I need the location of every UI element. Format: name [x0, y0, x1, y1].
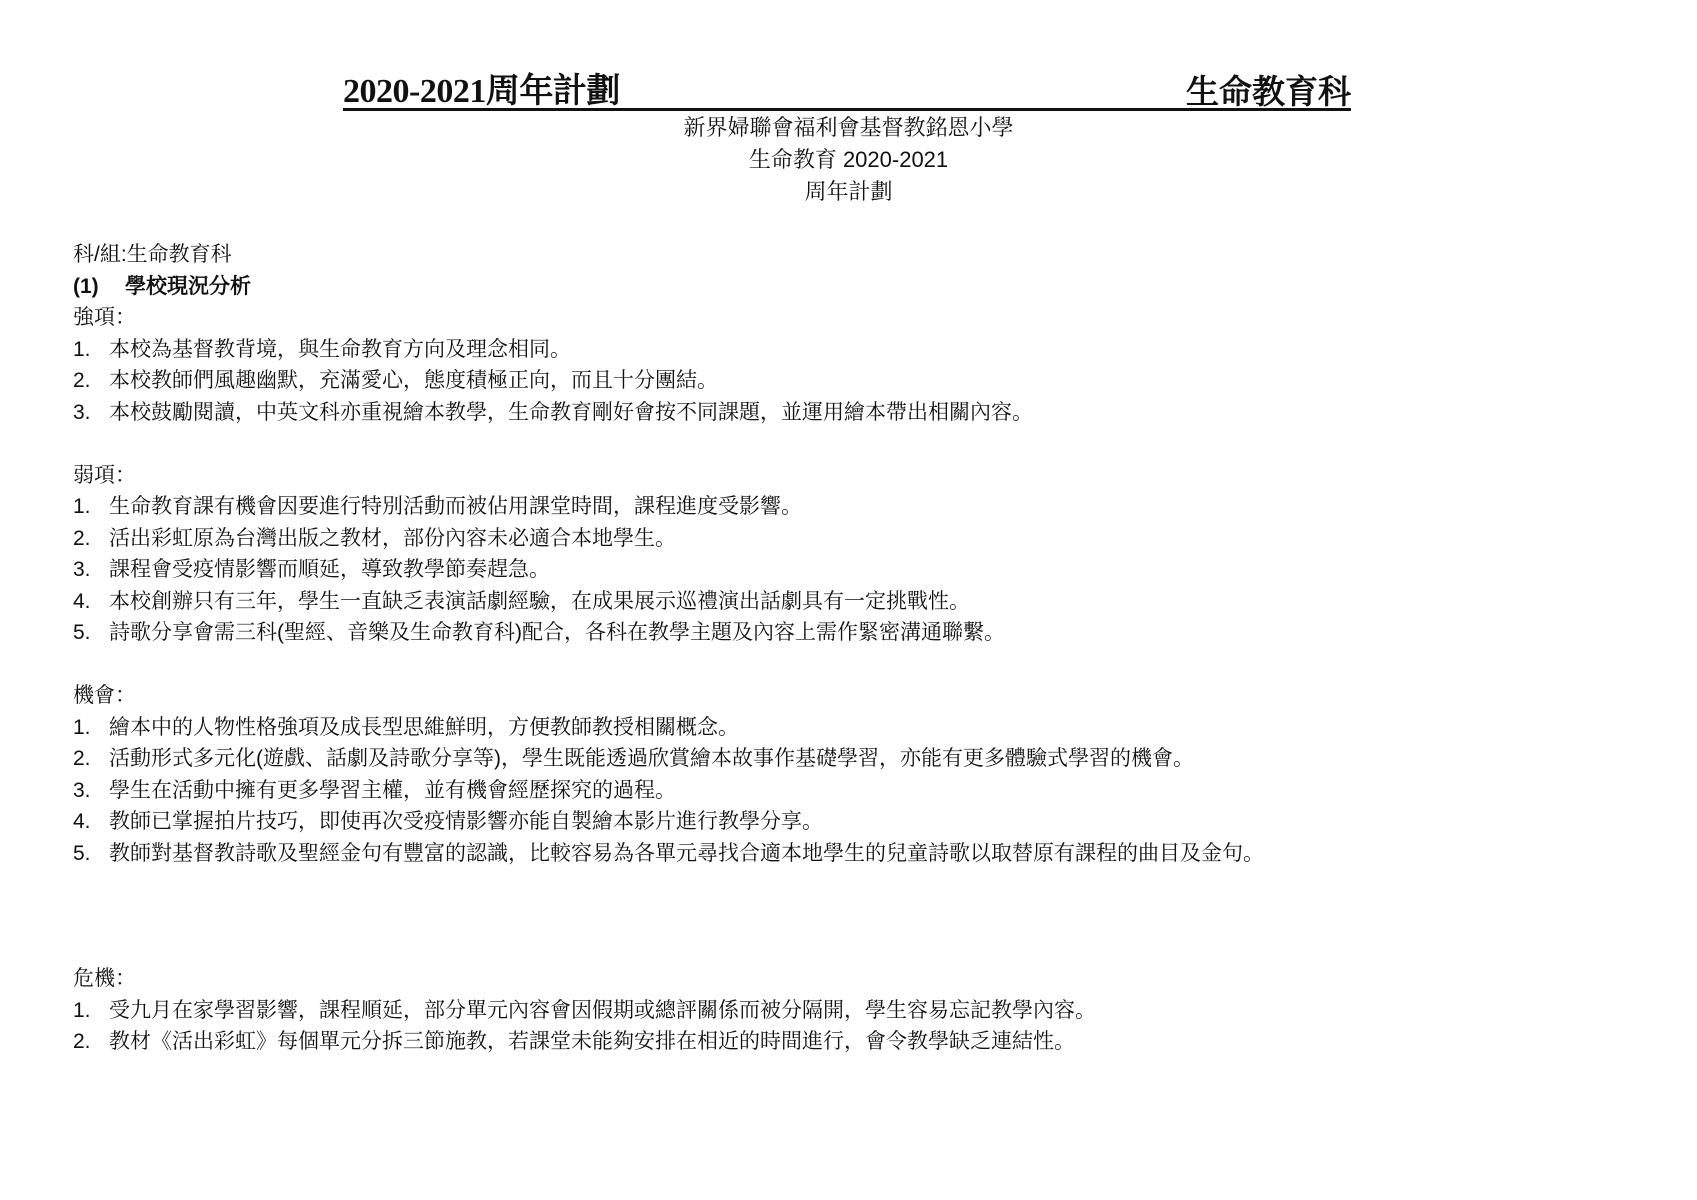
plan-title: 周年計劃 — [0, 176, 1697, 208]
header-title-right: 生命教育科 — [1186, 74, 1351, 110]
strengths-label: 強項： — [73, 302, 1633, 334]
threats-label: 危機： — [73, 963, 1633, 995]
spacer — [73, 649, 1633, 681]
list-item: 3.課程會受疫情影響而順延，導致教學節奏趕急。 — [73, 554, 1633, 586]
list-item: 1.繪本中的人物性格強項及成長型思維鮮明，方便教師教授相關概念。 — [73, 712, 1633, 744]
list-item: 2.活出彩虹原為台灣出版之教材，部份內容未必適合本地學生。 — [73, 523, 1633, 555]
opportunities-label: 機會： — [73, 680, 1633, 712]
section-heading: (1)學校現況分析 — [73, 271, 1633, 303]
list-item: 3.學生在活動中擁有更多學習主權，並有機會經歷探究的過程。 — [73, 775, 1633, 807]
spacer — [73, 428, 1633, 460]
subject-year: 生命教育 2020-2021 — [0, 144, 1697, 176]
subtitle-block: 新界婦聯會福利會基督教銘恩小學 生命教育 2020-2021 周年計劃 — [0, 112, 1697, 208]
list-item: 3.本校鼓勵閱讀，中英文科亦重視繪本教學，生命教育剛好會按不同課題，並運用繪本帶… — [73, 397, 1633, 429]
school-name: 新界婦聯會福利會基督教銘恩小學 — [0, 112, 1697, 144]
section-title: 學校現況分析 — [125, 275, 251, 298]
list-item: 1.本校為基督教背境，與生命教育方向及理念相同。 — [73, 334, 1633, 366]
list-item: 1.生命教育課有機會因要進行特別活動而被佔用課堂時間，課程進度受影響。 — [73, 491, 1633, 523]
document-body: 科/組:生命教育科 (1)學校現況分析 強項： 1.本校為基督教背境，與生命教育… — [73, 239, 1633, 1058]
list-item: 4.教師已掌握拍片技巧，即使再次受疫情影響亦能自製繪本影片進行教學分享。 — [73, 806, 1633, 838]
list-item: 1.受九月在家學習影響，課程順延，部分單元內容會因假期或總評關係而被分隔開，學生… — [73, 995, 1633, 1027]
spacer — [73, 869, 1633, 963]
list-item: 2.本校教師們風趣幽默，充滿愛心，態度積極正向，而且十分團結。 — [73, 365, 1633, 397]
weaknesses-label: 弱項： — [73, 460, 1633, 492]
document-header: 2020-2021周年計劃 生命教育科 — [343, 72, 1351, 111]
header-title-left: 2020-2021周年計劃 — [343, 74, 620, 110]
threats-section: 危機： 1.受九月在家學習影響，課程順延，部分單元內容會因假期或總評關係而被分隔… — [73, 963, 1633, 1058]
opportunities-section: 機會： 1.繪本中的人物性格強項及成長型思維鮮明，方便教師教授相關概念。 2.活… — [73, 680, 1633, 869]
list-item: 5.詩歌分享會需三科(聖經、音樂及生命教育科)配合，各科在教學主題及內容上需作緊… — [73, 617, 1633, 649]
weaknesses-section: 弱項： 1.生命教育課有機會因要進行特別活動而被佔用課堂時間，課程進度受影響。 … — [73, 460, 1633, 649]
subject-group: 科/組:生命教育科 — [73, 239, 1633, 271]
list-item: 5.教師對基督教詩歌及聖經金句有豐富的認識，比較容易為各單元尋找合適本地學生的兒… — [73, 838, 1633, 870]
section-number: (1) — [73, 271, 125, 303]
list-item: 4.本校創辦只有三年，學生一直缺乏表演話劇經驗，在成果展示巡禮演出話劇具有一定挑… — [73, 586, 1633, 618]
strengths-section: 強項： 1.本校為基督教背境，與生命教育方向及理念相同。 2.本校教師們風趣幽默… — [73, 302, 1633, 428]
list-item: 2.活動形式多元化(遊戲、話劇及詩歌分享等)，學生既能透過欣賞繪本故事作基礎學習… — [73, 743, 1633, 775]
list-item: 2.教材《活出彩虹》每個單元分拆三節施教，若課堂未能夠安排在相近的時間進行，會令… — [73, 1026, 1633, 1058]
